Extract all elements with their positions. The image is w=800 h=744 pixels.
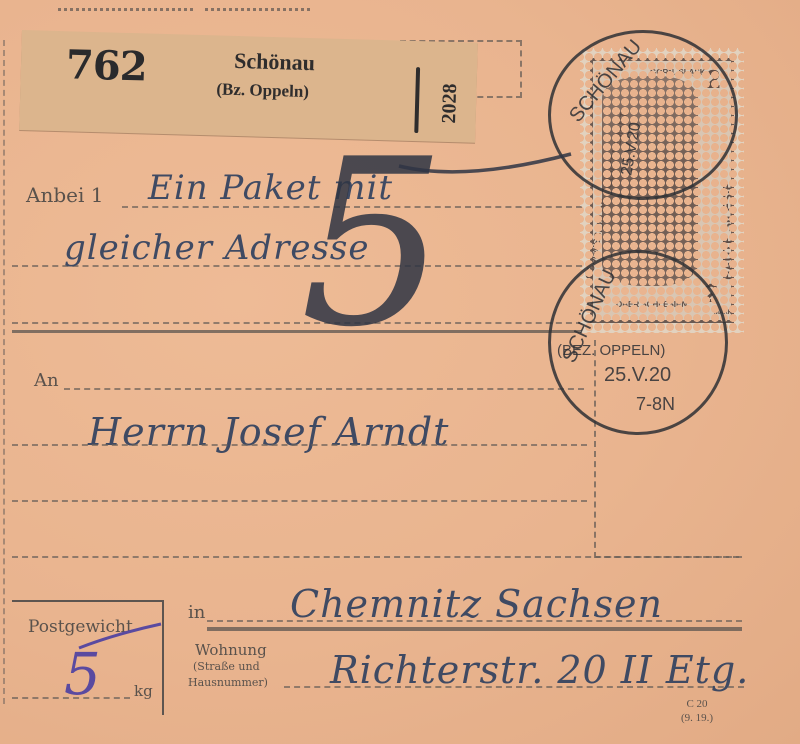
- city-handwriting: Chemnitz Sachsen: [290, 582, 663, 626]
- postmark-lower-date: 25.V.20: [604, 364, 671, 387]
- purple-pencil-stroke: [75, 622, 165, 652]
- city-solid-line: [207, 627, 742, 631]
- separator-dashed: [12, 322, 582, 324]
- origin-town: Schönau: [234, 48, 315, 76]
- separator-solid: [12, 330, 582, 333]
- postmark-lower-time: 7-8N: [636, 394, 675, 415]
- address-line-2: [12, 444, 587, 446]
- address-line-3: [12, 500, 587, 502]
- residence-sub-2: Hausnummer): [188, 676, 268, 689]
- perforated-edge: [3, 40, 5, 704]
- weight-unit: kg: [134, 682, 153, 700]
- top-print-remnant: [205, 8, 310, 12]
- form-date: (9. 19.): [672, 712, 722, 724]
- to-line: [64, 388, 584, 390]
- in-label: in: [188, 602, 205, 623]
- enclosure-label: Anbei 1: [26, 183, 103, 207]
- postmark-lower-district: (BEZ. OPPELN): [557, 342, 665, 359]
- origin-district: (Bz. Oppeln): [216, 79, 309, 102]
- street-handwriting: Richterstr. 20 II Etg.: [330, 648, 749, 692]
- residence-label: Wohnung: [195, 641, 267, 659]
- parcel-number: 762: [65, 41, 147, 90]
- parcel-card: 762 Schönau (Bz. Oppeln) 2028 Anbei 1 Ei…: [0, 0, 800, 744]
- fee-mark-stroke: [395, 148, 575, 188]
- stamp-text-right: HAUTE SILESIE: [720, 182, 735, 280]
- to-label: An: [34, 370, 59, 391]
- form-code: C 20: [672, 698, 722, 710]
- recipient-handwriting: Herrn Josef Arndt: [88, 410, 449, 454]
- top-print-remnant: [58, 8, 193, 12]
- residence-sub-1: (Straße und: [193, 660, 260, 673]
